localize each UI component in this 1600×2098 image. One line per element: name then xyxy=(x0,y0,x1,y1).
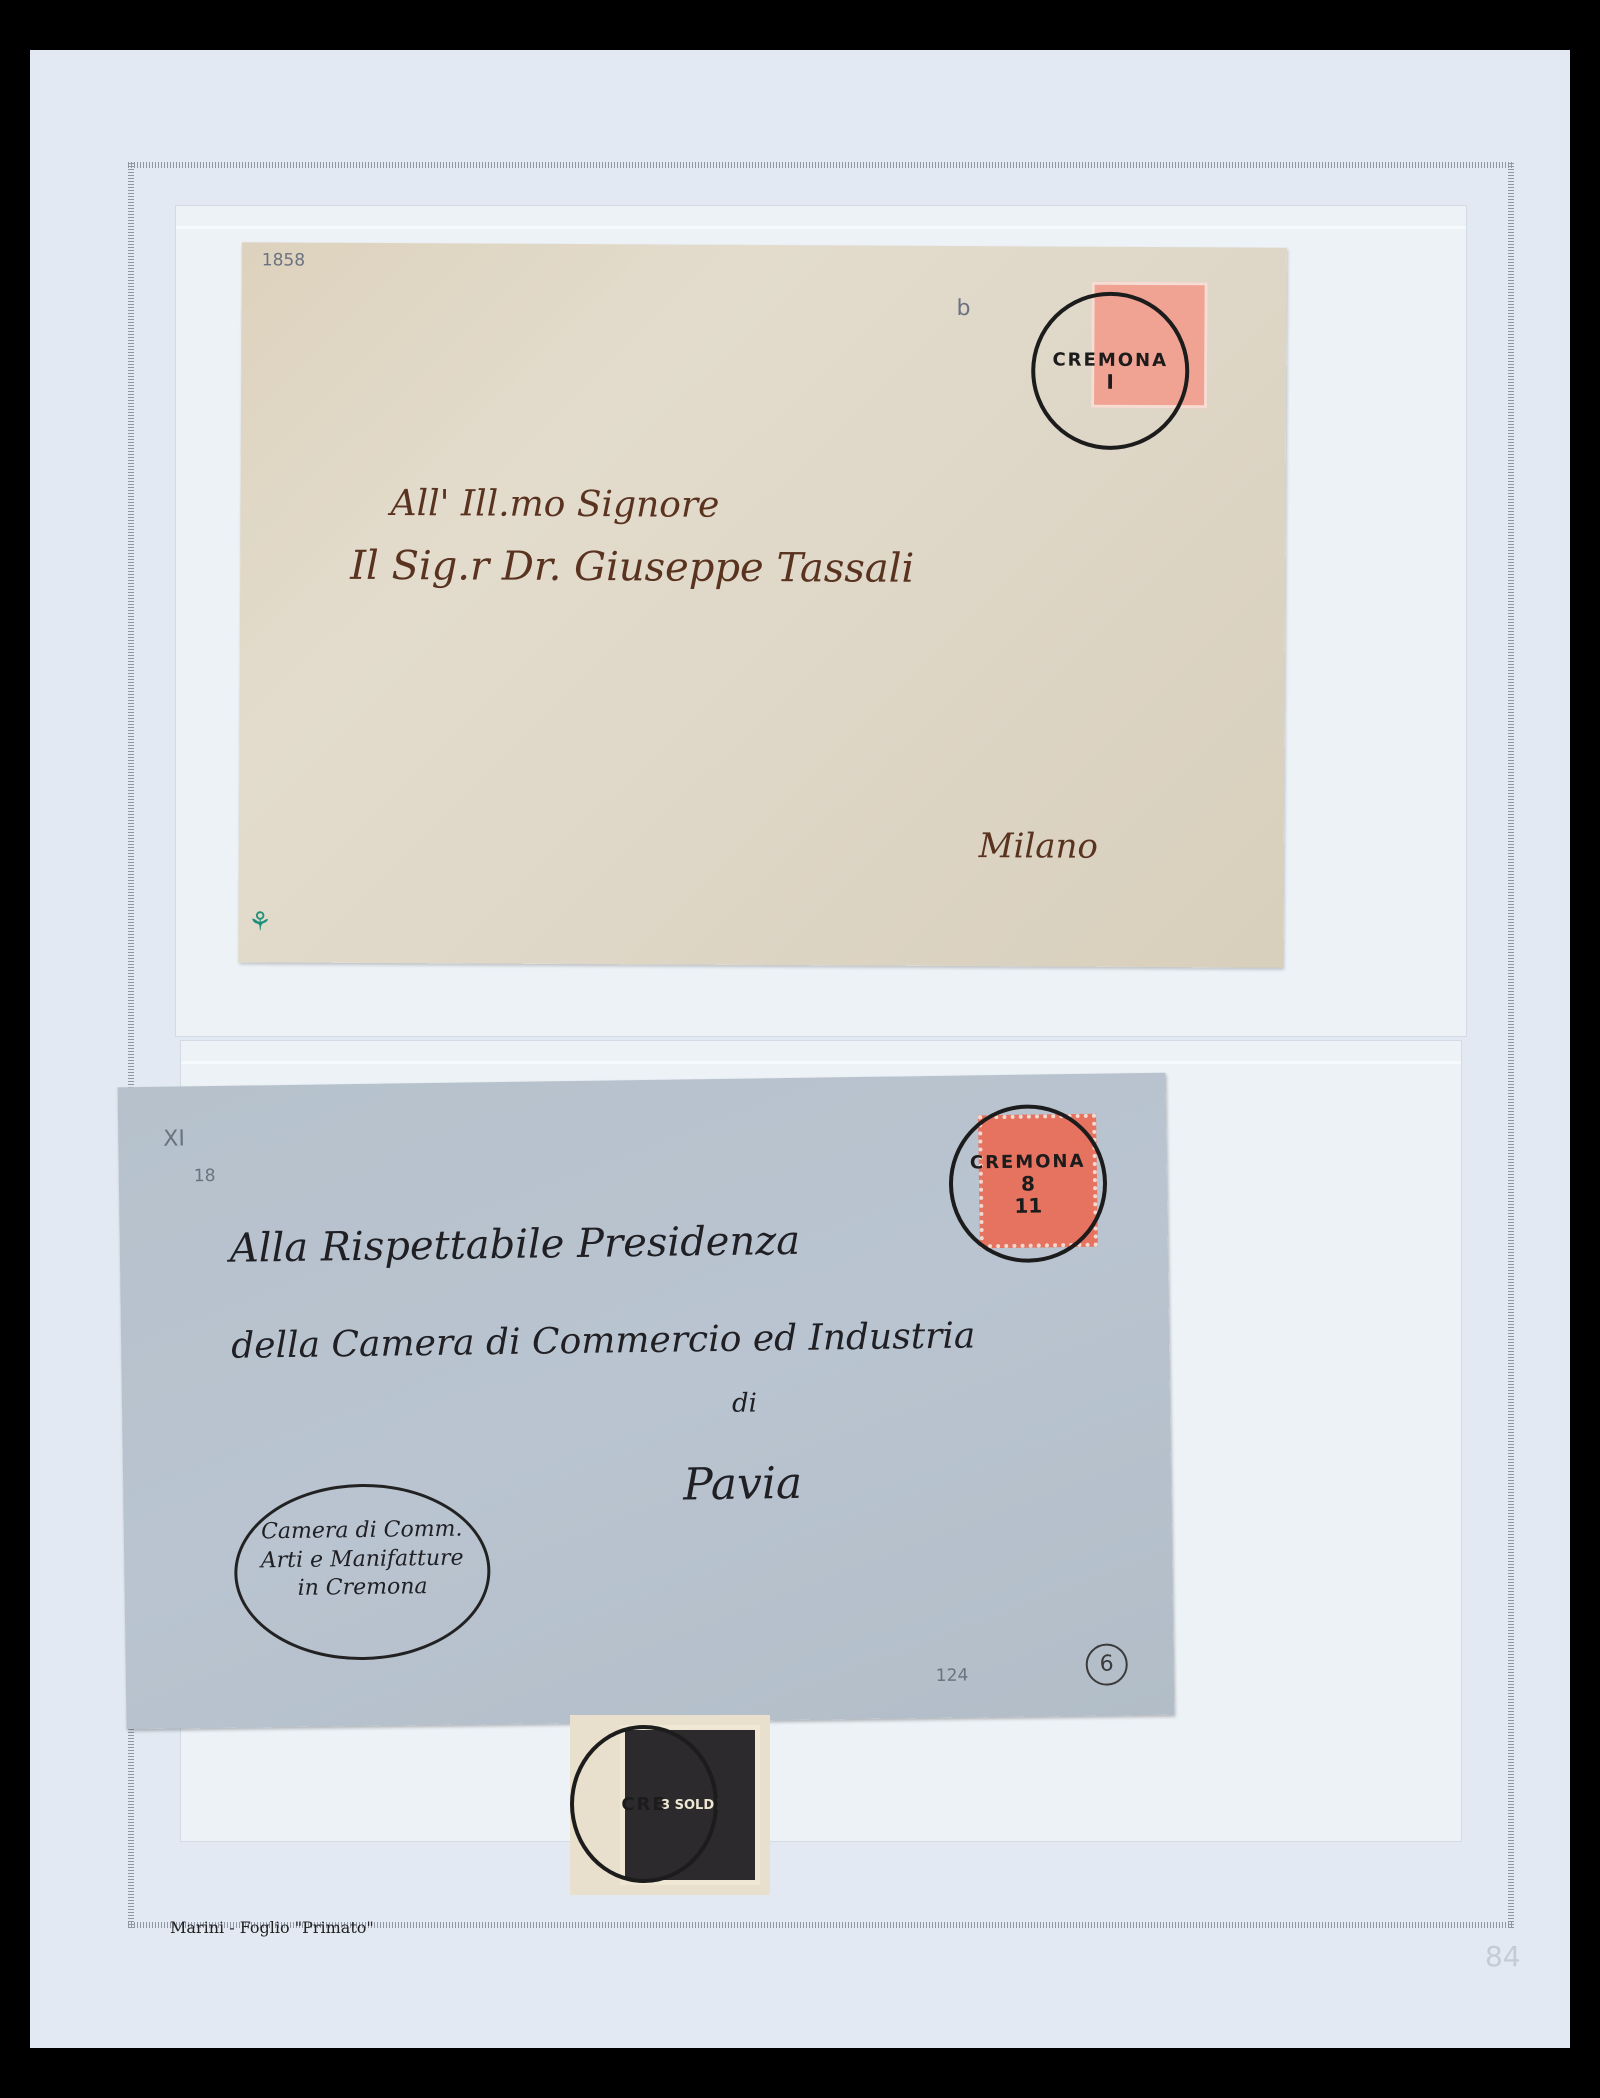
pencil-date: 18 xyxy=(194,1166,216,1186)
cover-bottom: XI 18 Alla Rispettabile Presidenza della… xyxy=(118,1073,1175,1730)
address-line-2: della Camera di Commercio ed Industria xyxy=(231,1315,976,1366)
album-footer: Marini - Foglio "Primato" xyxy=(170,1918,374,1937)
address-line-2: Il Sig.r Dr. Giuseppe Tassali xyxy=(350,543,914,592)
address-line-1: Alla Rispettabile Presidenza xyxy=(230,1218,801,1272)
destination: Milano xyxy=(979,826,1098,867)
album-page: 1858 b All' Ill.mo Signore Il Sig.r Dr. … xyxy=(30,50,1570,2048)
pencil-number: 124 xyxy=(936,1666,969,1686)
address-line-1: All' Ill.mo Signore xyxy=(390,483,719,526)
destination: Pavia xyxy=(683,1458,803,1511)
pencil-mark: b xyxy=(956,296,970,321)
pencil-roman: XI xyxy=(163,1126,185,1151)
postmark: CREMONA I xyxy=(1031,291,1190,450)
circled-number: 6 xyxy=(1085,1643,1128,1686)
address-line-3: di xyxy=(732,1388,757,1418)
loose-stamp-piece: 3 SOLDI CRE xyxy=(570,1715,770,1895)
page-number: 84 xyxy=(1485,1940,1521,1973)
cover-top: 1858 b All' Ill.mo Signore Il Sig.r Dr. … xyxy=(238,242,1287,967)
pencil-year: 1858 xyxy=(262,250,305,270)
tree-mark-icon: ⚘ xyxy=(248,907,271,937)
oval-seal: Camera di Comm. Arti e Manifatture in Cr… xyxy=(233,1482,491,1662)
postmark: CRE xyxy=(570,1725,718,1883)
